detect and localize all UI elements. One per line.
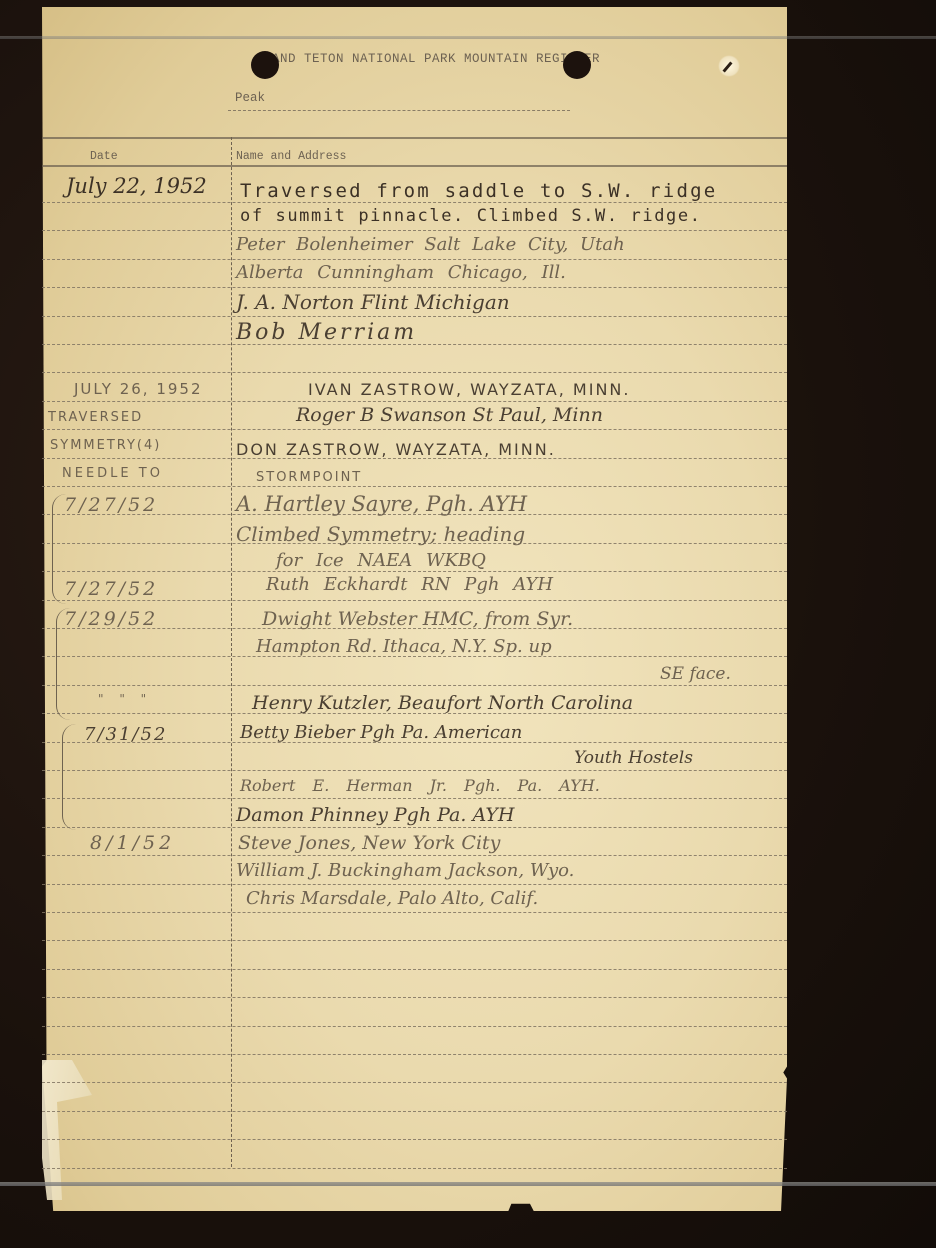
ruled-line: [42, 969, 787, 970]
entry-date: 8/1/52: [90, 832, 175, 854]
entry-line: Alberta Cunningham Chicago, Ill.: [236, 262, 566, 283]
ruled-line: [42, 372, 787, 373]
entry-line: J. A. Norton Flint Michigan: [236, 290, 510, 314]
entry-line: Dwight Webster HMC, from Syr.: [262, 608, 573, 630]
pin-hole: [718, 55, 740, 77]
entry-date-ditto: " " ": [98, 692, 152, 706]
entry-date: 7/29/52: [64, 608, 158, 630]
entry-line: IVAN ZASTROW, WAYZATA, MINN.: [308, 380, 630, 399]
glass-frame-edge-top: [0, 36, 936, 39]
ruled-line: [42, 486, 787, 487]
column-divider: [231, 137, 232, 1167]
ruled-line: [42, 940, 787, 941]
entry-line: of summit pinnacle. Climbed S.W. ridge.: [240, 206, 702, 226]
ruled-line: [42, 997, 787, 998]
entry-line: Youth Hostels: [574, 748, 693, 768]
ruled-line: [42, 685, 787, 686]
ruled-line: [42, 1082, 787, 1083]
ruled-line: [42, 1054, 787, 1055]
entry-line: Henry Kutzler, Beaufort North Carolina: [252, 692, 633, 714]
entry-date: 7/27/52: [64, 494, 158, 516]
ruled-line: [42, 1111, 787, 1112]
ruled-line: [42, 230, 787, 231]
ruled-line: [42, 1168, 787, 1169]
glass-frame-edge-bottom: [0, 1182, 936, 1186]
ruled-line: [42, 316, 787, 317]
entry-line: Ruth Eckhardt RN Pgh AYH: [266, 574, 553, 595]
entry-line: A. Hartley Sayre, Pgh. AYH: [236, 492, 527, 516]
ruled-line: [42, 401, 787, 402]
entry-date: 7/27/52: [64, 578, 158, 600]
ruled-line: [42, 429, 787, 430]
column-header-name-address: Name and Address: [236, 150, 346, 163]
entry-line: Climbed Symmetry; heading: [236, 522, 525, 546]
entry-line: STORMPOINT: [256, 470, 362, 485]
form-title: GRAND TETON NATIONAL PARK MOUNTAIN REGIS…: [0, 52, 896, 66]
entry-line: DON ZASTROW, WAYZATA, MINN.: [236, 440, 556, 459]
ruled-line: [42, 1139, 787, 1140]
punch-hole-left: [251, 51, 279, 79]
entry-date: JULY 26, 1952: [74, 380, 203, 398]
punch-hole-right: [563, 51, 591, 79]
entry-line: Roger B Swanson St Paul, Minn: [296, 404, 603, 426]
peak-label: Peak: [235, 91, 265, 105]
ruled-line: [42, 884, 787, 885]
ruled-line: [42, 287, 787, 288]
entry-line: Robert E. Herman Jr. Pgh. Pa. AYH.: [240, 776, 600, 795]
entry-line: Bob Merriam: [236, 320, 417, 345]
ruled-line: [42, 770, 787, 771]
ruled-line: [42, 1026, 787, 1027]
entry-line: Betty Bieber Pgh Pa. American: [240, 722, 522, 743]
entry-date-note: NEEDLE TO: [62, 466, 163, 481]
entry-line: Steve Jones, New York City: [238, 832, 500, 854]
entry-date-note: TRAVERSED: [48, 410, 143, 425]
ruled-line: [42, 202, 787, 203]
entry-line: Damon Phinney Pgh Pa. AYH: [236, 804, 515, 826]
entry-date: 7/31/52: [84, 724, 167, 745]
ruled-line: [42, 600, 787, 601]
peak-field: [228, 110, 570, 111]
entry-line: William J. Buckingham Jackson, Wyo.: [236, 860, 574, 881]
column-header-date: Date: [90, 150, 118, 163]
entry-date-note: SYMMETRY(4): [50, 438, 161, 453]
entry-line: Hampton Rd. Ithaca, N.Y. Sp. up: [256, 636, 552, 657]
ruled-line: [42, 855, 787, 856]
ruled-line: [42, 827, 787, 828]
entry-line: Peter Bolenheimer Salt Lake City, Utah: [236, 234, 625, 255]
header-rule: [42, 165, 787, 167]
header-rule: [42, 137, 787, 139]
entry-date: July 22, 1952: [66, 174, 207, 198]
entry-line: SE face.: [660, 664, 731, 684]
ruled-line: [42, 571, 787, 572]
ruled-line: [42, 259, 787, 260]
entry-line: Traversed from saddle to S.W. ridge: [240, 180, 717, 202]
date-group-brace: [62, 724, 77, 830]
entry-line: for Ice NAEA WKBQ: [276, 550, 486, 571]
ruled-line: [42, 912, 787, 913]
ruled-line: [42, 798, 787, 799]
entry-line: Chris Marsdale, Palo Alto, Calif.: [246, 888, 538, 909]
